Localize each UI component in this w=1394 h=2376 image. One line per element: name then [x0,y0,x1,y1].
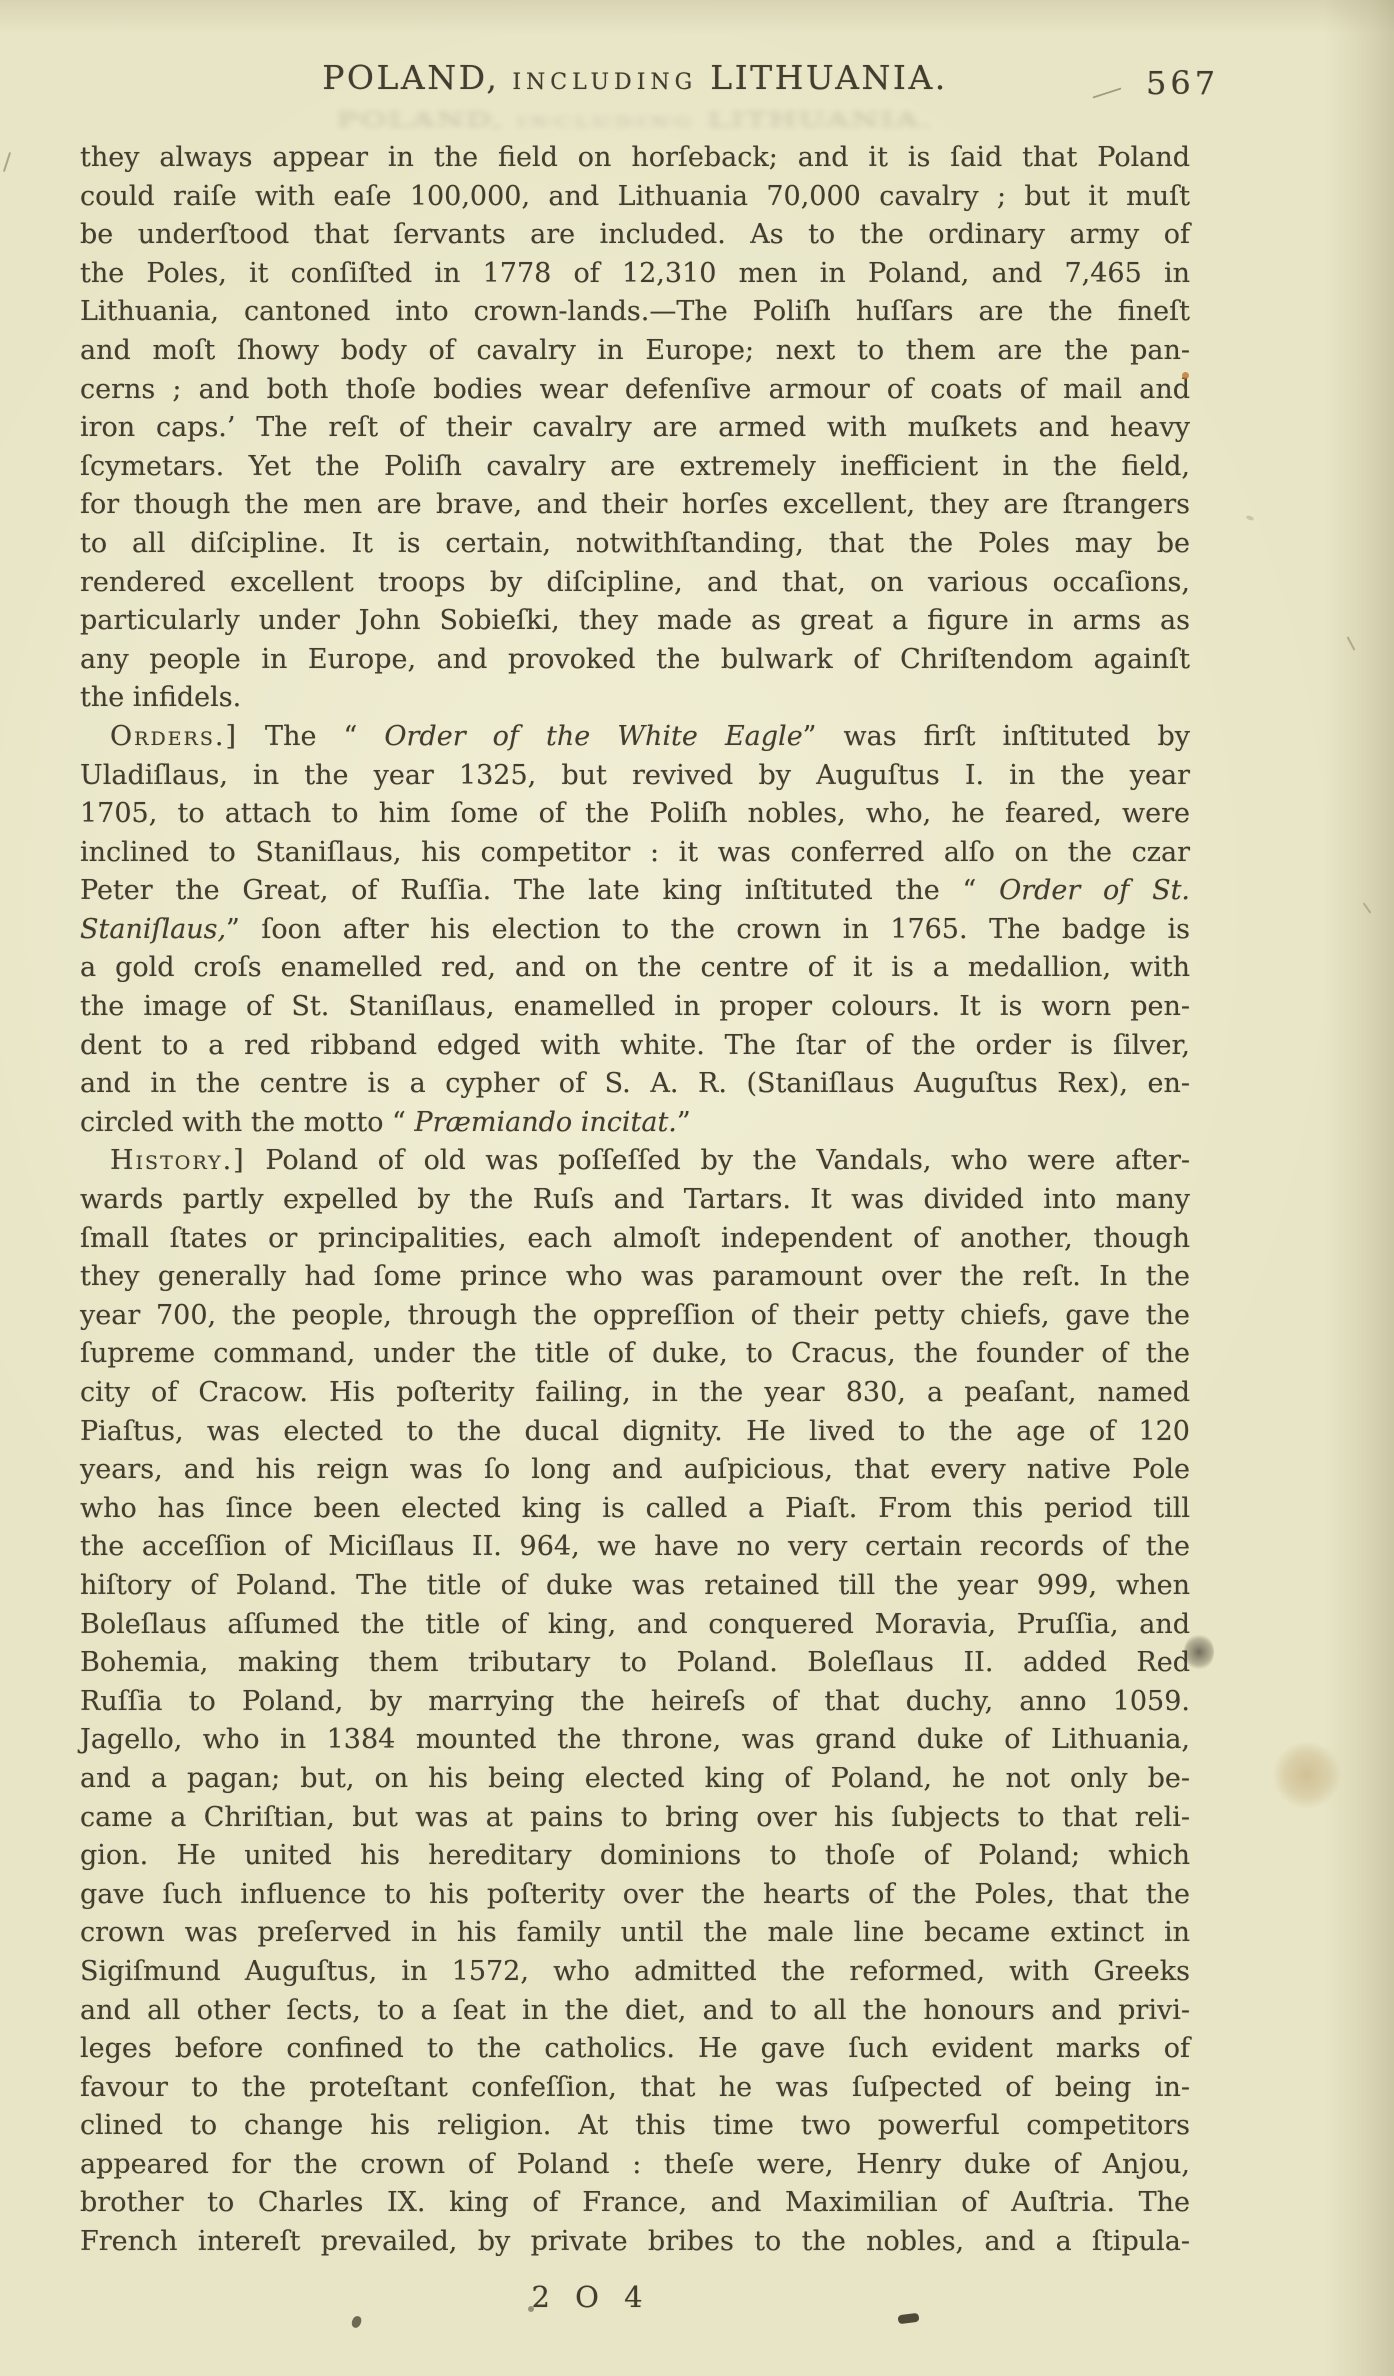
text-line: Lithuania, cantoned into crown-lands.—Th… [80,293,1190,332]
text-segment: POLAND, [337,107,517,132]
text-line: leges before confined to the catholics. … [80,2030,1190,2069]
text-block: they always appear in the field on horſe… [80,139,1190,2262]
text-segment: Peter the Great, of Ruſſia. The late kin… [80,875,999,906]
text-segment: Order of St. [999,875,1190,906]
text-line: Uladiſlaus, in the year 1325, but revive… [80,757,1190,796]
paragraph: History.] Poland of old was poſſeſſed by… [80,1142,1190,2261]
paper-speck [1246,515,1255,521]
text-line: came a Chriſtian, but was at pains to br… [80,1799,1190,1838]
text-line: clined to change his religion. At this t… [80,2107,1190,2146]
text-line: crown was preſerved in his family until … [80,1914,1190,1953]
text-line: a gold croſs enamelled red, and on the c… [80,949,1190,988]
text-line: and all other ſects, to a ſeat in the di… [80,1992,1190,2031]
text-line: 1705, to attach to him ſome of the Poliſ… [80,795,1190,834]
text-line: could raiſe with eaſe 100,000, and Lithu… [80,178,1190,217]
text-line: the acceſſion of Miciſlaus II. 964, we h… [80,1528,1190,1567]
text-line: iron caps.’ The reſt of their cavalry ar… [80,409,1190,448]
text-segment: Staniſlaus, [80,914,226,945]
foxing-stain [1272,1742,1342,1808]
text-line: dent to a red ribband edged with white. … [80,1027,1190,1066]
paragraph: they always appear in the field on horſe… [80,139,1190,718]
text-line: to all diſcipline. It is certain, notwit… [80,525,1190,564]
text-segment: Præmiando incitat. [414,1107,676,1138]
text-line: the infidels. [80,679,1190,718]
text-line: ſmall ſtates or principalities, each alm… [80,1220,1190,1259]
text-segment: ” was firſt inſtituted by [803,721,1190,752]
text-line: any people in Europe, and provoked the b… [80,641,1190,680]
text-segment: LITHUANIA. [696,107,933,132]
text-line: and a pagan; but, on his being elected k… [80,1760,1190,1799]
text-line: brother to Charles IX. king of France, a… [80,2184,1190,2223]
text-line: appeared for the crown of Poland : theſe… [80,2146,1190,2185]
paragraph: Orders.] The “ Order of the White Eagle”… [80,718,1190,1143]
book-page-scan: POLAND, including LITHUANIA. POLAND, inc… [0,0,1394,2376]
text-line: Bohemia, making them tributary to Poland… [80,1644,1190,1683]
text-segment: POLAND, [322,58,512,97]
text-line: Staniſlaus,” ſoon after his election to … [80,911,1190,950]
text-line: inclined to Staniſlaus, his competitor :… [80,834,1190,873]
text-line: year 700, the people, through the oppreſ… [80,1297,1190,1336]
text-line: Sigiſmund Auguſtus, in 1572, who admitte… [80,1953,1190,1992]
text-line: rendered excellent troops by diſcipline,… [80,564,1190,603]
paper-speck [1363,903,1372,914]
text-line: for though the men are brave, and their … [80,486,1190,525]
text-line: wards partly expelled by the Ruſs and Ta… [80,1181,1190,1220]
text-segment: Order of the White Eagle [384,721,802,752]
page-edge-shading-top [0,0,1394,34]
text-line: they generally had ſome prince who was p… [80,1258,1190,1297]
signature-mark: 2 O 4 [32,2280,1142,2314]
text-line: ſcymetars. Yet the Poliſh cavalry are ex… [80,448,1190,487]
text-line: cerns ; and both thoſe bodies wear defen… [80,371,1190,410]
running-title: POLAND, including LITHUANIA. [80,58,1190,97]
page-number: 567 [1146,64,1219,102]
text-segment: ” ſoon after his election to the crown i… [226,914,1190,945]
text-line: Jagello, who in 1384 mounted the throne,… [80,1721,1190,1760]
text-line: Piaſtus, was elected to the ducal dignit… [80,1413,1190,1452]
text-line: Peter the Great, of Ruſſia. The late kin… [80,872,1190,911]
text-line: who has ſince been elected king is calle… [80,1490,1190,1529]
paper-speck [351,2315,363,2329]
text-line: gave ſuch influence to his poſterity ove… [80,1876,1190,1915]
text-line: the image of St. Staniſlaus, enamelled i… [80,988,1190,1027]
text-line: be underſtood that ſervants are included… [80,216,1190,255]
text-line: French intereſt prevailed, by private br… [80,2223,1190,2262]
text-line: History.] Poland of old was poſſeſſed by… [80,1142,1190,1181]
text-segment: including [512,61,697,97]
text-line: particularly under John Sobieſki, they m… [80,602,1190,641]
text-line: and in the centre is a cypher of S. A. R… [80,1065,1190,1104]
text-line: circled with the motto “ Præmiando incit… [80,1104,1190,1143]
text-segment: Orders.] [110,721,238,752]
text-line: hiſtory of Poland. The title of duke was… [80,1567,1190,1606]
paper-speck [898,2313,920,2324]
text-segment: Poland of old was poſſeſſed by the Vanda… [246,1145,1190,1176]
text-line: Boleſlaus aſſumed the title of king, and… [80,1606,1190,1645]
text-line: Orders.] The “ Order of the White Eagle”… [80,718,1190,757]
page-edge-shading-right [1324,0,1394,2376]
text-segment: including [517,108,696,132]
text-line: gion. He united his hereditary dominions… [80,1837,1190,1876]
text-line: years, and his reign was ſo long and auſ… [80,1451,1190,1490]
text-segment: ” [677,1107,691,1138]
text-line: they always appear in the field on horſe… [80,139,1190,178]
text-line: favour to the proteſtant confeſſion, tha… [80,2069,1190,2108]
text-line: and moſt ſhowy body of cavalry in Europe… [80,332,1190,371]
title-ghost-impression: POLAND, including LITHUANIA. [80,107,1190,132]
text-line: the Poles, it conſiſted in 1778 of 12,31… [80,255,1190,294]
text-line: city of Cracow. His poſterity failing, i… [80,1374,1190,1413]
text-segment: History.] [110,1145,246,1176]
text-segment: The “ [238,721,384,752]
text-segment: LITHUANIA. [697,58,948,97]
paper-speck [3,152,11,172]
text-line: ſupreme command, under the title of duke… [80,1335,1190,1374]
paper-speck [1347,636,1356,650]
text-segment: circled with the motto “ [80,1107,414,1138]
text-line: Ruſſia to Poland, by marrying the heireſ… [80,1683,1190,1722]
